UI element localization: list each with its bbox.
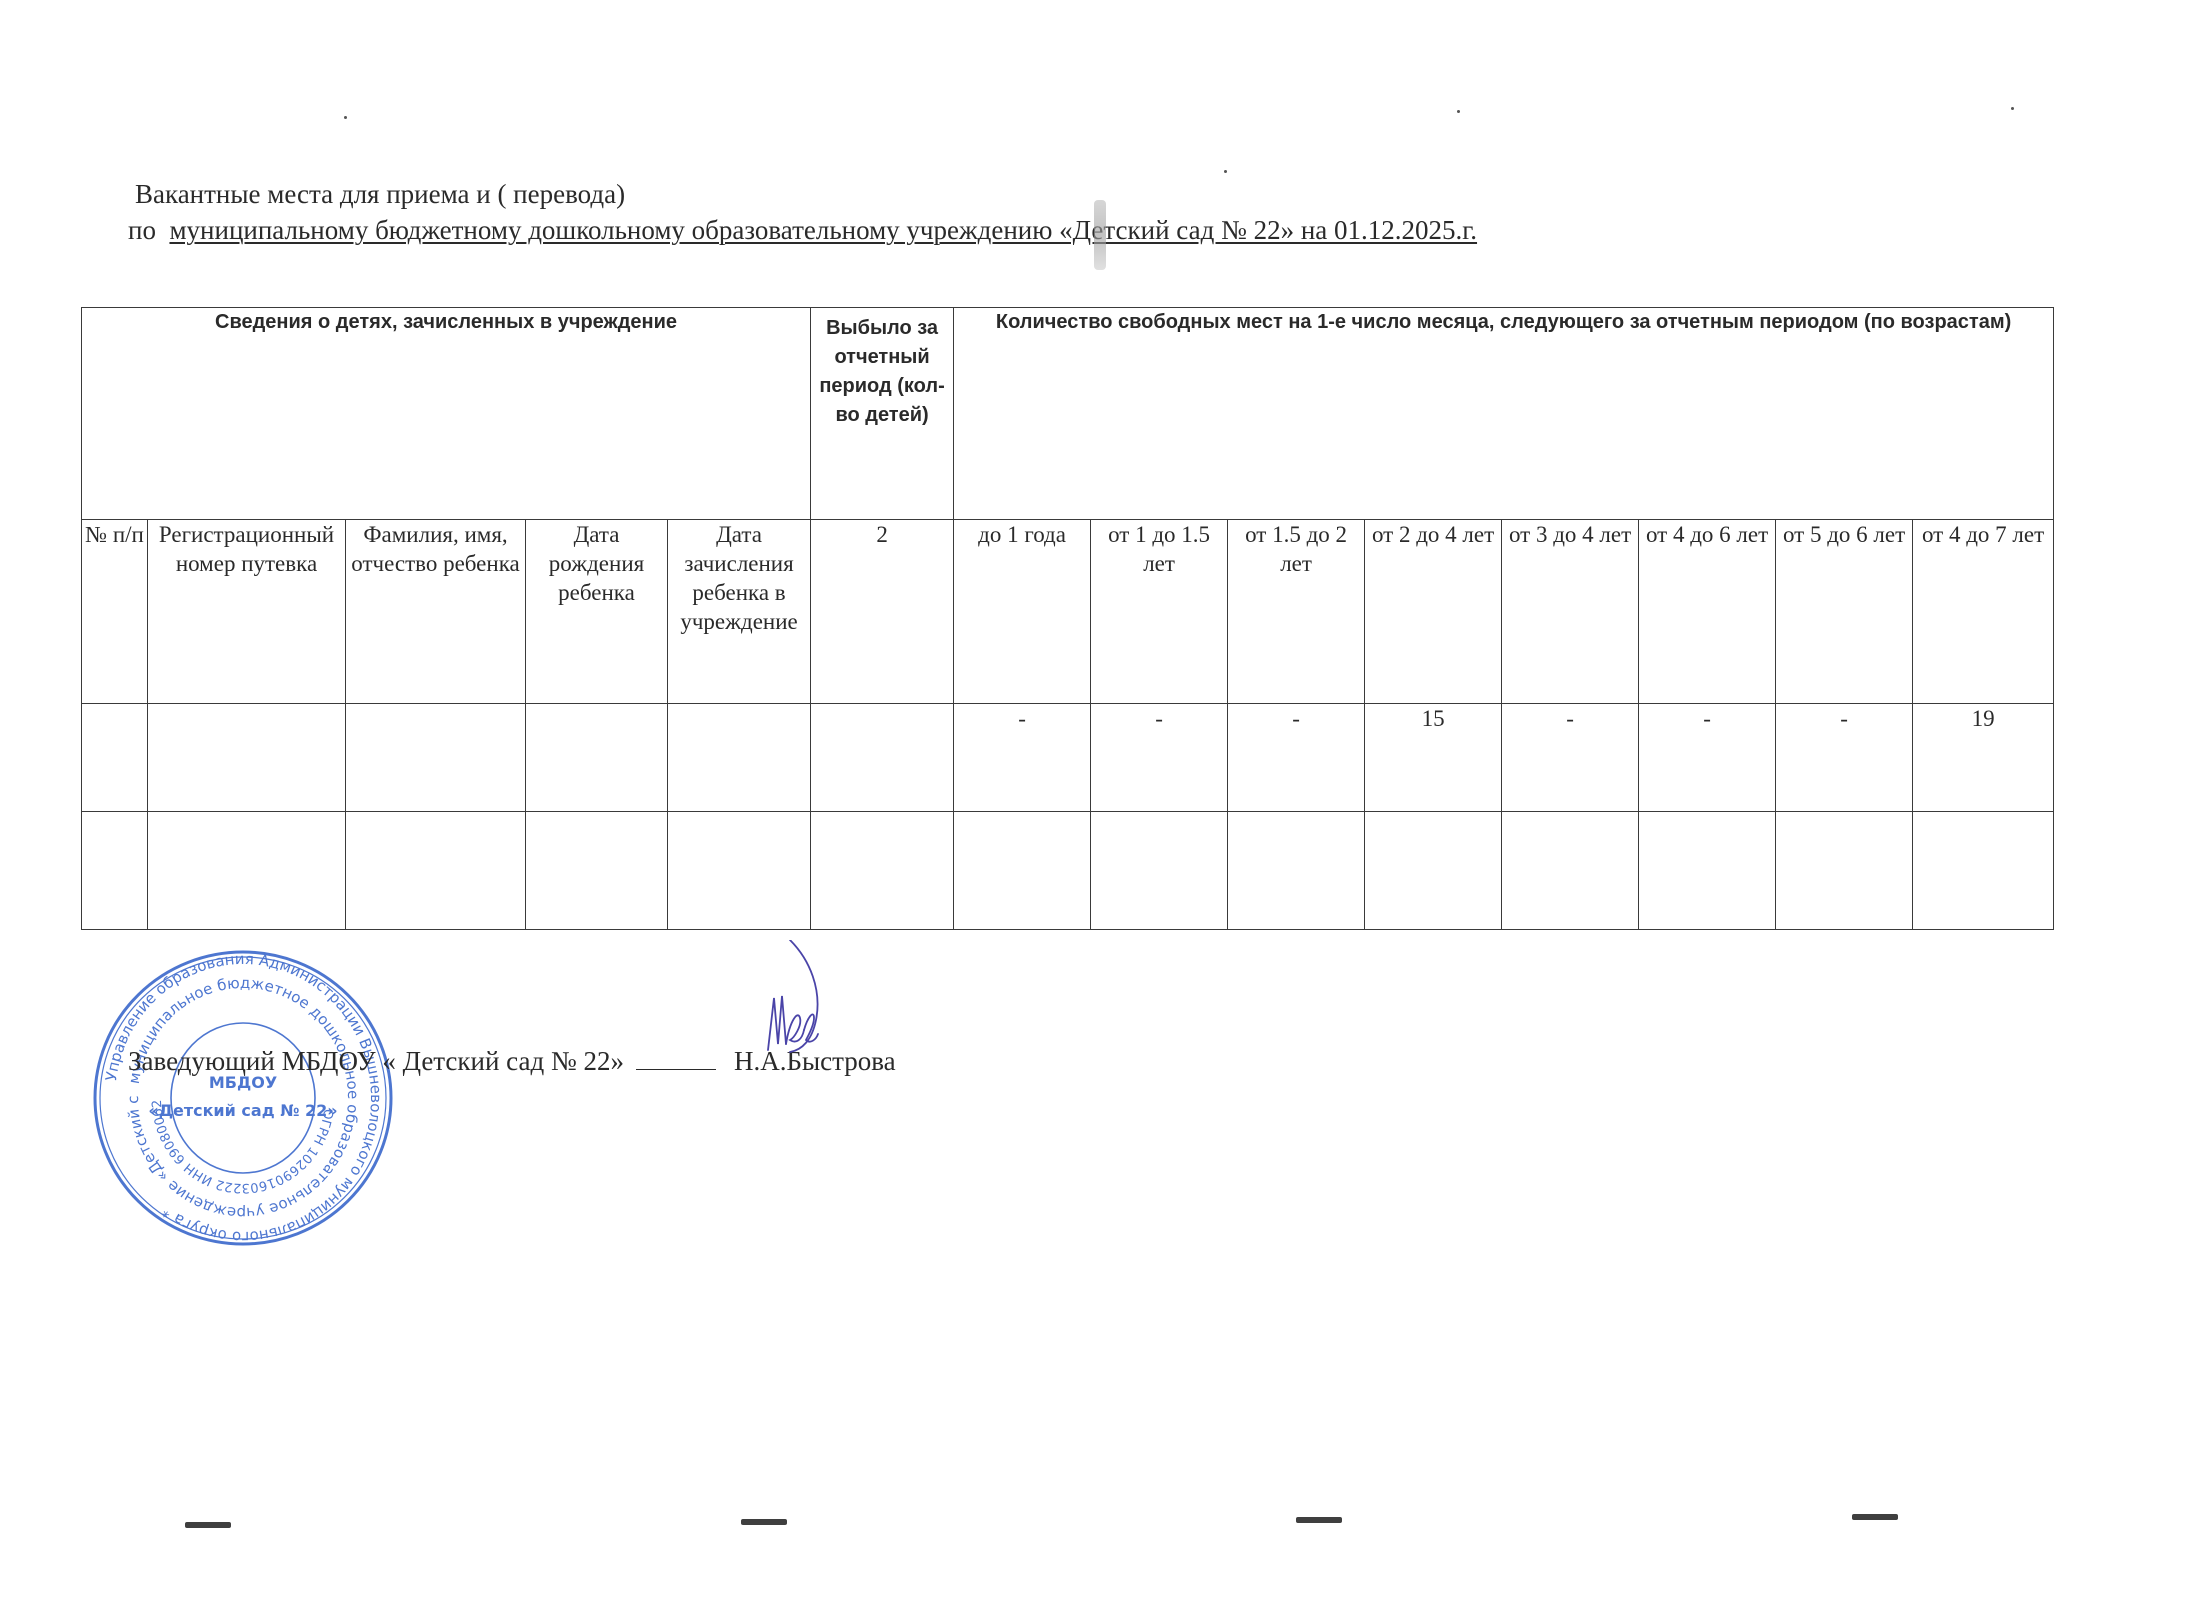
col-age-group: до 1 года — [954, 520, 1091, 704]
free-places-header: Количество свободных мест на 1-е число м… — [954, 308, 2054, 520]
cell-free-places — [1502, 812, 1639, 930]
vacancies-table: Сведения о детях, зачисленных в учрежден… — [81, 307, 2054, 930]
cell-free-places — [1091, 812, 1228, 930]
col-age-group: от 1 до 1.5 лет — [1091, 520, 1228, 704]
cell-free-places — [1913, 812, 2054, 930]
cell-free-places — [1639, 812, 1776, 930]
cell-birth-date — [526, 812, 668, 930]
cell-free-places: 19 — [1913, 704, 2054, 812]
document-title: Вакантные места для приема и ( перевода)… — [128, 176, 1477, 248]
table-row: - - - 15 - - - 19 — [82, 704, 2054, 812]
cell-free-places — [1228, 812, 1365, 930]
scan-artifact — [1224, 170, 1227, 173]
scan-artifact — [185, 1522, 231, 1528]
title-line-1: Вакантные места для приема и ( перевода) — [128, 176, 1477, 212]
title-prefix: по — [128, 215, 156, 245]
children-info-header: Сведения о детях, зачисленных в учрежден… — [82, 308, 811, 520]
stamp-outer-text: Управление образования Администрации Выш… — [102, 950, 385, 1246]
col-age-group: от 4 до 7 лет — [1913, 520, 2054, 704]
col-enroll-date: Дата зачисления ребенка в учреждение — [668, 520, 811, 704]
official-stamp-icon: Управление образования Администрации Выш… — [88, 948, 398, 1248]
cell-full-name — [346, 704, 526, 812]
col-age-group: от 3 до 4 лет — [1502, 520, 1639, 704]
col-birth-date: Дата рождения ребенка — [526, 520, 668, 704]
scan-artifact — [2011, 107, 2014, 110]
cell-free-places: 15 — [1365, 704, 1502, 812]
handwritten-signature-icon — [750, 940, 850, 1060]
col-age-group: от 4 до 6 лет — [1639, 520, 1776, 704]
cell-enroll-date — [668, 812, 811, 930]
cell-free-places — [1365, 812, 1502, 930]
cell-dropped — [811, 812, 954, 930]
col-num: № п/п — [82, 520, 148, 704]
col-full-name: Фамилия, имя, отчество ребенка — [346, 520, 526, 704]
cell-num — [82, 812, 148, 930]
cell-free-places — [1776, 812, 1913, 930]
scan-artifact — [1457, 110, 1460, 113]
cell-free-places — [954, 812, 1091, 930]
table-row — [82, 812, 2054, 930]
cell-free-places: - — [1502, 704, 1639, 812]
scan-artifact — [344, 116, 347, 119]
cell-reg-number — [148, 812, 346, 930]
group-header-row: Сведения о детях, зачисленных в учрежден… — [82, 308, 2054, 520]
column-header-row: № п/п Регистрационный номер путевка Фами… — [82, 520, 2054, 704]
institution-name: муниципальному бюджетному дошкольному об… — [169, 215, 1477, 245]
col-reg-number: Регистрационный номер путевка — [148, 520, 346, 704]
dropped-value: 2 — [811, 520, 954, 704]
cell-num — [82, 704, 148, 812]
scan-artifact — [1852, 1514, 1898, 1520]
cell-free-places: - — [954, 704, 1091, 812]
stamp-center-line-2: «Детский сад № 22» — [148, 1101, 337, 1120]
col-age-group: от 5 до 6 лет — [1776, 520, 1913, 704]
col-age-group: от 2 до 4 лет — [1365, 520, 1502, 704]
dropped-out-header: Выбыло за отчетный период (кол-во детей) — [811, 308, 954, 520]
cell-enroll-date — [668, 704, 811, 812]
title-line-2: по муниципальному бюджетному дошкольному… — [128, 212, 1477, 248]
cell-free-places: - — [1228, 704, 1365, 812]
cell-full-name — [346, 812, 526, 930]
scan-artifact — [741, 1519, 787, 1525]
signer-position: Заведующий МБДОУ « Детский сад № 22» — [128, 1046, 624, 1076]
scan-artifact — [1094, 200, 1106, 270]
cell-free-places: - — [1091, 704, 1228, 812]
col-age-group: от 1.5 до 2 лет — [1228, 520, 1365, 704]
signature-line — [636, 1051, 716, 1070]
cell-free-places: - — [1776, 704, 1913, 812]
cell-reg-number — [148, 704, 346, 812]
cell-birth-date — [526, 704, 668, 812]
scan-artifact — [1296, 1517, 1342, 1523]
cell-free-places: - — [1639, 704, 1776, 812]
cell-dropped — [811, 704, 954, 812]
